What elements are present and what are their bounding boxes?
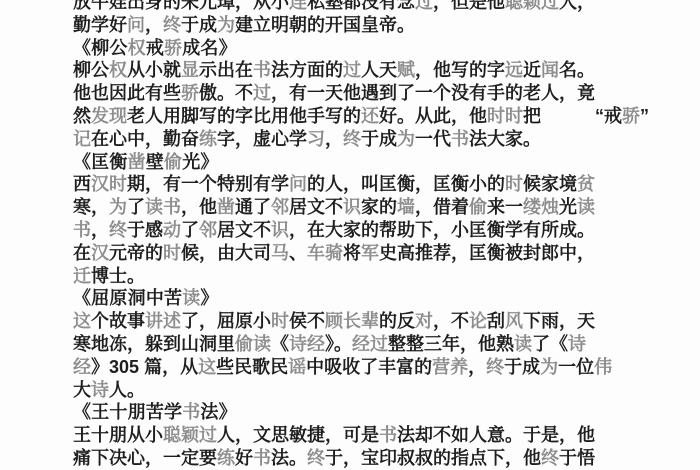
light-glyph: 读 — [577, 197, 595, 217]
light-glyph: 骄 — [622, 106, 640, 126]
text-line: 勤学好问，终于成为建立明朝的开国皇帝。 — [73, 14, 658, 37]
light-glyph: 谣 — [288, 357, 306, 377]
light-glyph: 讲 — [145, 311, 163, 331]
light-glyph: 书 — [253, 60, 271, 80]
light-glyph: 问 — [289, 174, 307, 194]
light-glyph: 凿 — [217, 197, 235, 217]
light-glyph: 聪 — [505, 0, 523, 12]
light-glyph: 识 — [271, 220, 289, 240]
light-glyph: 过 — [343, 60, 361, 80]
light-glyph: 迁 — [73, 266, 91, 286]
light-glyph: 终 — [163, 15, 181, 35]
light-glyph: 墙 — [397, 197, 415, 217]
text-line: 在汉元帝的时候，由大司马、车骑将军史高推荐，匡衡被封郎中， — [73, 242, 658, 265]
light-glyph: 述 — [163, 311, 181, 331]
light-glyph: 论 — [469, 311, 487, 331]
text-line: 西汉时期，有一个特别有学问的人，叫匡衡，匡衡小的时候家境贫 — [73, 173, 658, 196]
light-glyph: 军 — [361, 243, 379, 263]
light-glyph: 终 — [343, 129, 361, 149]
light-glyph: 汉 — [91, 174, 109, 194]
light-glyph: 经 — [307, 334, 325, 354]
light-glyph: 车 — [307, 243, 325, 263]
text-line: 经》305 篇，从这些民歌民谣中吸收了丰富的营养，终于成为一位伟 — [73, 356, 658, 379]
light-glyph: 权 — [128, 38, 146, 58]
light-glyph: 练 — [217, 448, 235, 468]
light-glyph: 动 — [163, 220, 181, 240]
light-glyph: 过 — [253, 83, 271, 103]
text-line: 书，终于感动了邻居文不识，在大家的帮助下，小匡衡学有所成。 — [73, 219, 658, 242]
story-title: 《王十朋苦学书法》 — [73, 401, 658, 424]
light-glyph: 伟 — [594, 357, 612, 377]
light-glyph: 远 — [505, 60, 523, 80]
text-line: 寒地冻，躲到山洞里偷读《诗经》。经过整整三年，他熟读了《诗 — [73, 333, 658, 356]
light-glyph: 经 — [352, 334, 370, 354]
text-line: 迁博士。 — [73, 265, 658, 288]
light-glyph: 为 — [397, 129, 415, 149]
light-glyph: 骑 — [325, 243, 343, 263]
light-glyph: 时 — [163, 243, 181, 263]
light-glyph: 对 — [415, 311, 433, 331]
light-glyph: 连 — [289, 0, 307, 12]
light-glyph: 终 — [541, 448, 559, 468]
light-glyph: 这 — [198, 357, 216, 377]
light-glyph: 闻 — [541, 60, 559, 80]
text-line: 柳公权从小就显示出在书法方面的过人天赋，他写的字远近闻名。 — [73, 59, 658, 82]
light-glyph: 时 — [271, 311, 289, 331]
light-glyph: 时 — [109, 174, 127, 194]
text-block: 放牛娃出身的朱元璋，从小连私塾都没有念过，但是他聪颖过人，勤学好问，终于成为建立… — [73, 0, 658, 470]
light-glyph: 时 — [505, 174, 523, 194]
light-glyph: 书 — [182, 402, 200, 422]
light-glyph: 问 — [127, 15, 145, 35]
light-glyph: 时 — [505, 106, 523, 126]
light-glyph: 这 — [73, 311, 91, 331]
light-glyph: 贫 — [577, 174, 595, 194]
light-glyph: 书 — [163, 197, 181, 217]
light-glyph: 邻 — [199, 220, 217, 240]
light-glyph: 赋 — [397, 60, 415, 80]
light-glyph: 经 — [73, 357, 91, 377]
text-line: 这个故事讲述了，屈原小时侯不顾长辈的反对，不论刮风下雨，天 — [73, 310, 658, 333]
text-line: 王十朋从小聪颖过人，文思敏捷，可是书法却不如人意。于是，他 — [73, 424, 658, 447]
light-glyph: 骄 — [164, 38, 182, 58]
light-glyph: 诗 — [91, 380, 109, 400]
light-glyph: 书 — [73, 220, 91, 240]
light-glyph: 顾 — [325, 311, 343, 331]
light-glyph: 书 — [379, 425, 397, 445]
light-glyph: 为 — [217, 15, 235, 35]
story-title: 《匡衡凿壁偷光》 — [73, 151, 658, 174]
document-page: 放牛娃出身的朱元璋，从小连私塾都没有念过，但是他聪颖过人，勤学好问，终于成为建立… — [0, 0, 700, 470]
light-glyph: 识 — [343, 197, 361, 217]
light-glyph: 读 — [253, 334, 271, 354]
light-glyph: 习 — [307, 129, 325, 149]
light-glyph: 读 — [145, 197, 163, 217]
light-glyph: 长 — [343, 311, 361, 331]
light-glyph: 汉 — [91, 243, 109, 263]
light-glyph: 风 — [505, 311, 523, 331]
light-glyph: 时 — [487, 106, 505, 126]
story-title: 《屈原洞中苦读》 — [73, 287, 658, 310]
light-glyph: 还 — [361, 106, 379, 126]
text-line: 痛下决心，一定要练好书法。终于，宝印叔叔的指点下，他终于悟 — [73, 447, 658, 470]
light-glyph: 读 — [182, 288, 200, 308]
light-glyph: 过 — [541, 0, 559, 12]
light-glyph: 诗 — [289, 334, 307, 354]
light-glyph: 书 — [253, 448, 271, 468]
light-glyph: 颖 — [523, 0, 541, 12]
story-title: 《柳公权戒骄成名》 — [73, 37, 658, 60]
light-glyph: 过 — [415, 0, 433, 12]
light-glyph: 养 — [450, 357, 468, 377]
light-glyph: 辈 — [361, 311, 379, 331]
light-glyph: 为 — [540, 357, 558, 377]
light-glyph: 营 — [432, 357, 450, 377]
text-line: 然发现老人用脚写的字比用他手写的还好。从此，他时时把 “戒骄” — [73, 105, 658, 128]
light-glyph: 为 — [109, 197, 127, 217]
light-glyph: 颖 — [181, 425, 199, 445]
light-glyph: 终 — [486, 357, 504, 377]
light-glyph: 诗 — [568, 334, 586, 354]
text-line: 放牛娃出身的朱元璋，从小连私塾都没有念过，但是他聪颖过人， — [73, 0, 658, 14]
light-glyph: 权 — [109, 60, 127, 80]
light-glyph: 骄 — [181, 83, 199, 103]
light-glyph: 邻 — [271, 197, 289, 217]
light-glyph: 马 — [271, 243, 289, 263]
light-glyph: 烛 — [541, 197, 559, 217]
light-glyph: 现 — [109, 106, 127, 126]
text-line: 大诗人。 — [73, 379, 658, 402]
text-line: 他也因此有些骄傲。不过，有一天他遇到了一个没有手的老人，竟 — [73, 82, 658, 105]
light-glyph: 读 — [514, 334, 532, 354]
light-glyph: 书 — [451, 129, 469, 149]
light-glyph: 过 — [370, 334, 388, 354]
light-glyph: 缕 — [523, 197, 541, 217]
light-glyph: 终 — [307, 448, 325, 468]
light-glyph: 练 — [199, 129, 217, 149]
light-glyph: 过 — [199, 425, 217, 445]
light-glyph: 凿 — [128, 152, 146, 172]
light-glyph: 聪 — [163, 425, 181, 445]
light-glyph: 偷 — [469, 197, 487, 217]
light-glyph: 偷 — [235, 334, 253, 354]
light-glyph: 记 — [73, 129, 91, 149]
light-glyph: 偷 — [164, 152, 182, 172]
text-line: 寒，为了读书，他凿通了邻居文不识家的墙，借着偷来一缕烛光读 — [73, 196, 658, 219]
light-glyph: 发 — [91, 106, 109, 126]
text-line: 记在心中，勤奋练字，虚心学习，终于成为一代书法大家。 — [73, 128, 658, 151]
light-glyph: 显 — [181, 60, 199, 80]
light-glyph: 终 — [109, 220, 127, 240]
